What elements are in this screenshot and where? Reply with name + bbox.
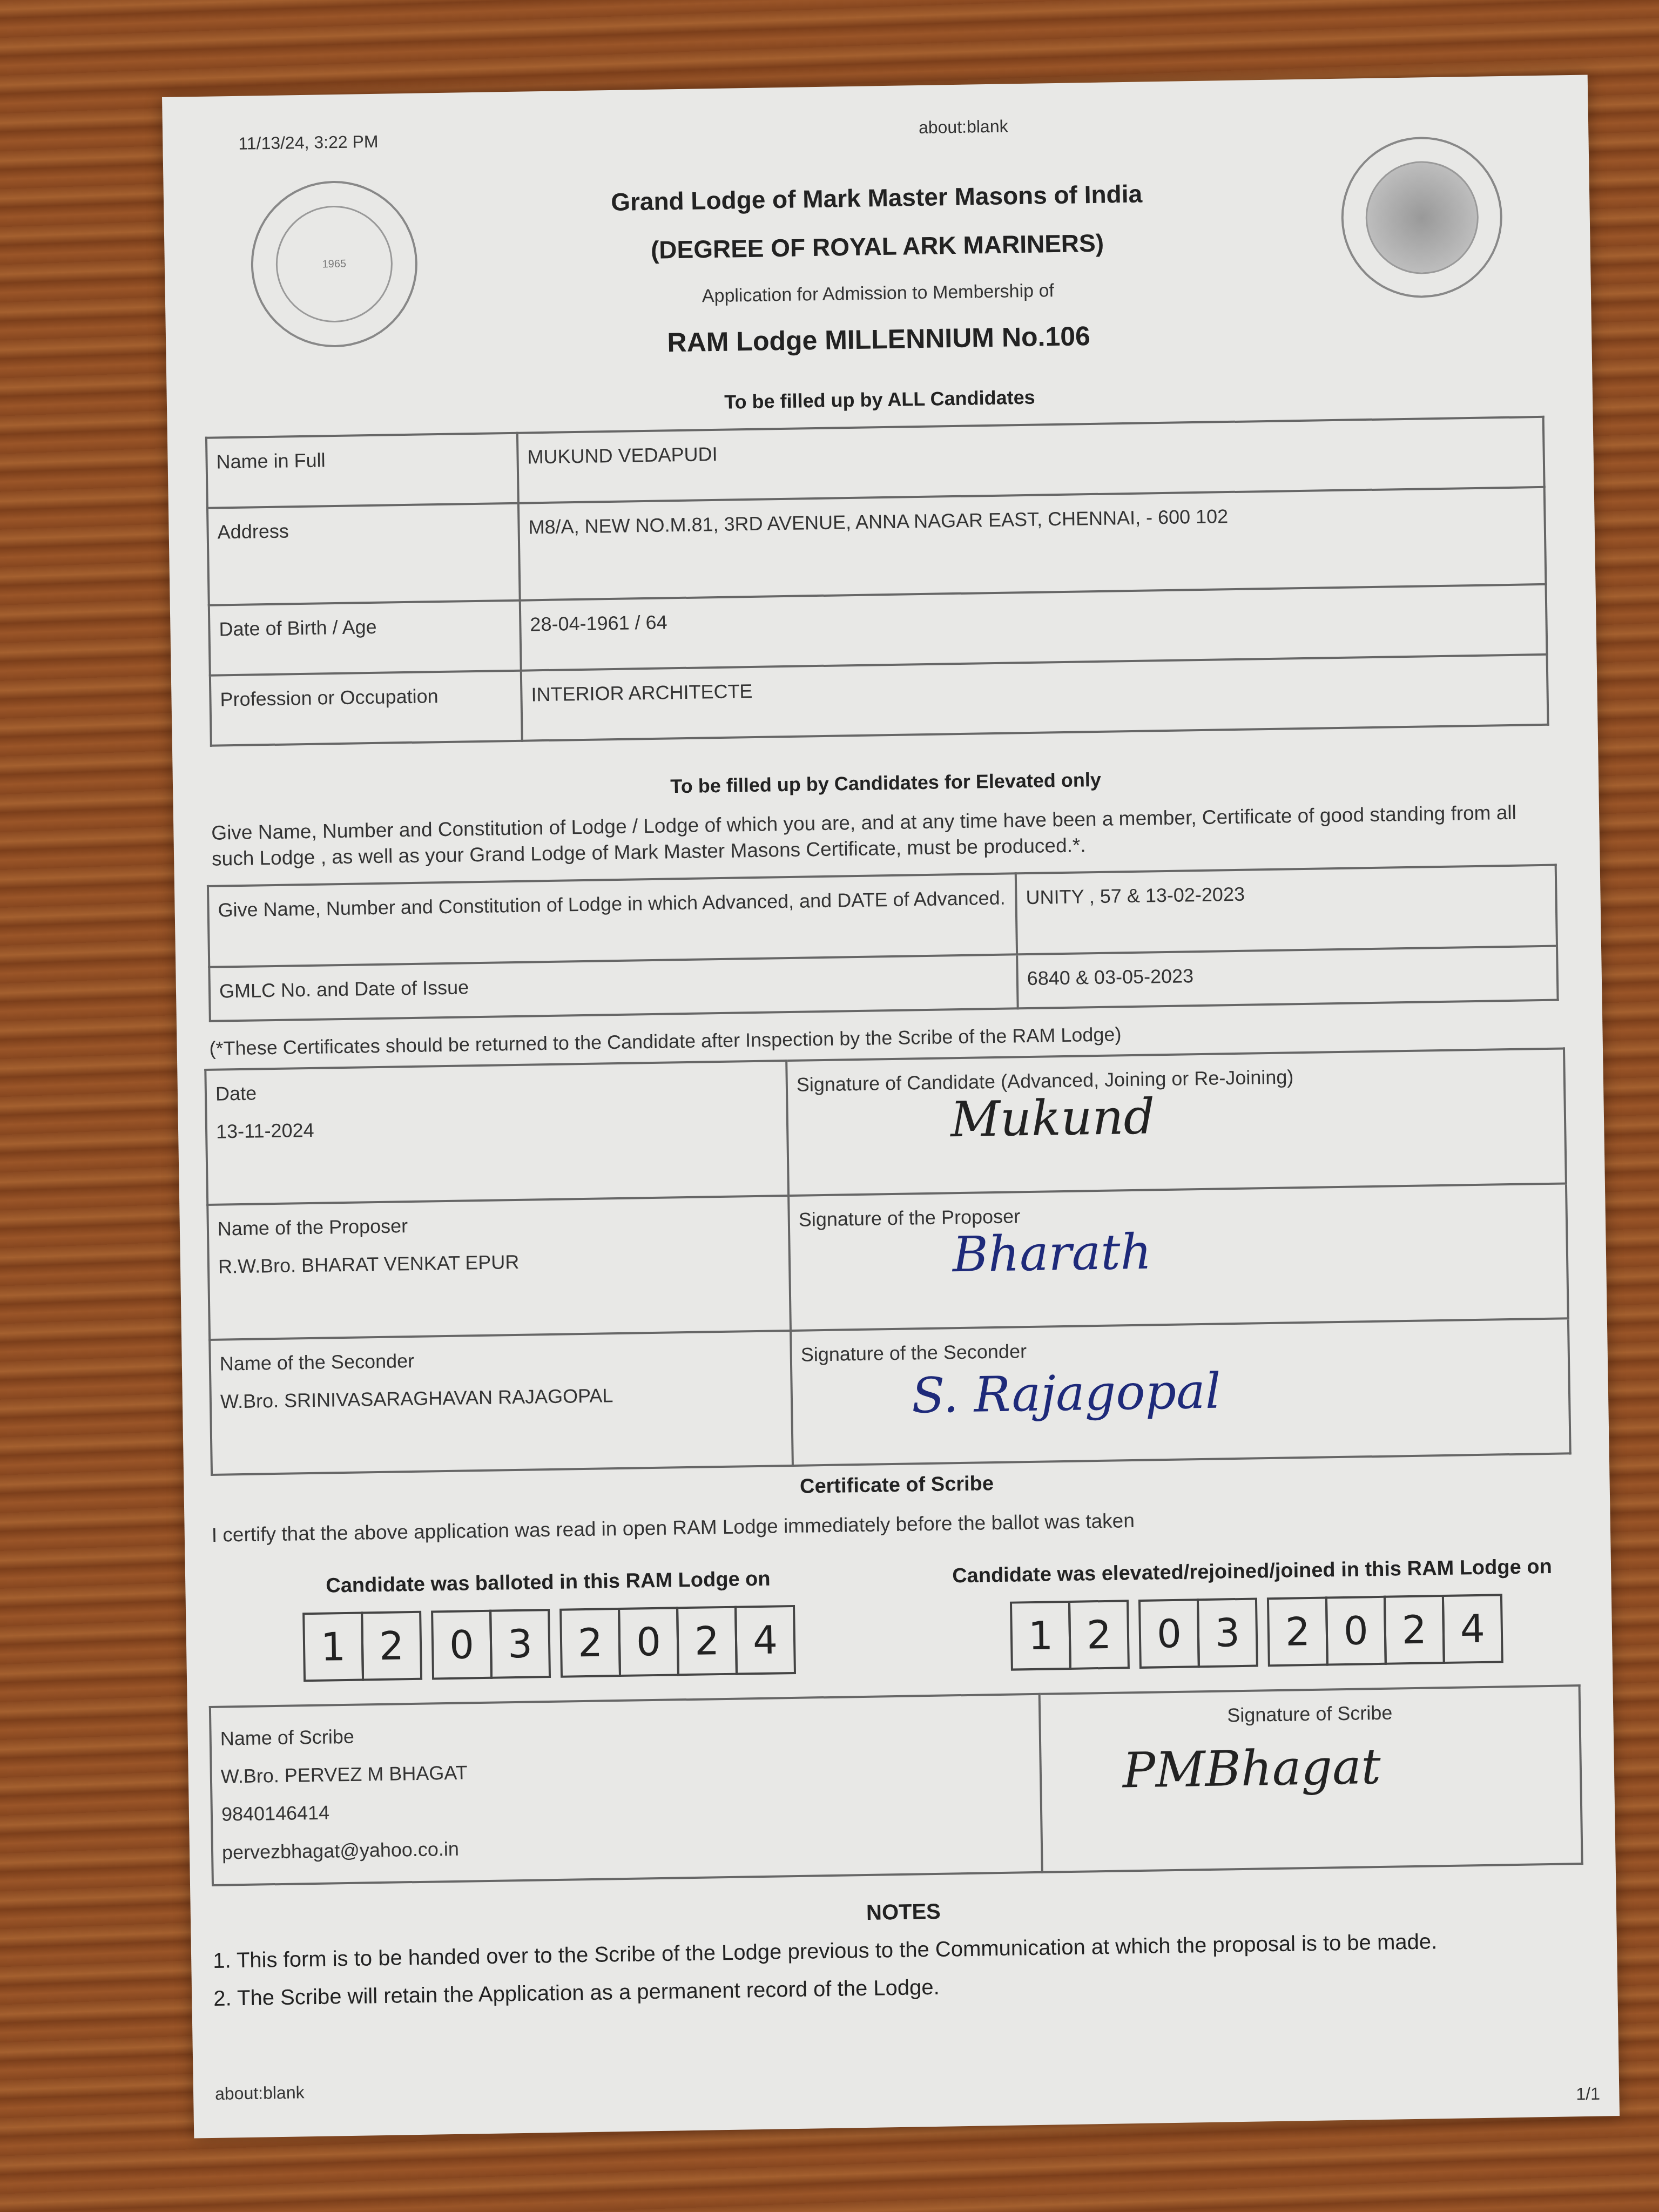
date-digit-box: 3 <box>489 1609 551 1679</box>
section-all-candidates-title: To be filled up by ALL Candidates <box>167 377 1593 422</box>
date-digit-group: 03 <box>1141 1597 1258 1668</box>
section-elevated-title: To be filled up by Candidates for Elevat… <box>173 760 1599 805</box>
proposer-name: R.W.Bro. BHARAT VENKAT EPUR <box>218 1246 780 1278</box>
candidate-signature-label: Signature of Candidate (Advanced, Joinin… <box>797 1062 1555 1096</box>
candidate-signature: Mukund <box>950 1088 1155 1148</box>
date-digit-box: 2 <box>676 1606 738 1676</box>
field-label: Name in Full <box>206 433 518 508</box>
date-label: Date <box>215 1074 778 1105</box>
date-digit-box: 2 <box>1267 1596 1328 1667</box>
date-digit-group: 12 <box>1012 1600 1130 1670</box>
date-digit-group: 12 <box>305 1611 422 1682</box>
date-digit-box: 3 <box>1197 1597 1258 1668</box>
date-digit-box: 2 <box>1068 1600 1130 1670</box>
note-item: 2. The Scribe will retain the Applicatio… <box>213 1975 940 2011</box>
print-timestamp: 11/13/24, 3:22 PM <box>238 132 379 154</box>
date-digit-box: 1 <box>1010 1601 1071 1671</box>
address-field: M8/A, NEW NO.M.81, 3RD AVENUE, ANNA NAGA… <box>518 487 1546 601</box>
scribe-certify-text: I certify that the above application was… <box>211 1508 1135 1548</box>
elevated-date-boxes: 12032024 <box>1012 1594 1503 1670</box>
date-value: 13-11-2024 <box>216 1111 778 1143</box>
gmlc-field: 6840 & 03-05-2023 <box>1017 946 1557 1009</box>
date-digit-box: 0 <box>431 1610 493 1680</box>
table-row: Name of the ProposerR.W.Bro. BHARAT VENK… <box>207 1183 1568 1339</box>
balloted-date-boxes: 12032024 <box>305 1605 796 1682</box>
elevated-label: Candidate was elevated/rejoined/joined i… <box>952 1555 1552 1588</box>
date-digit-box: 0 <box>1138 1599 1200 1669</box>
elevated-details-table: Give Name, Number and Constitution of Lo… <box>207 864 1559 1022</box>
field-label: Address <box>207 503 520 605</box>
seconder-signature-label: Signature of the Seconder <box>800 1332 1559 1366</box>
proposer-label: Name of the Proposer <box>218 1209 780 1240</box>
print-url-header: about:blank <box>919 116 1008 138</box>
notes-title: NOTES <box>191 1889 1616 1935</box>
table-row: Name of Scribe W.Bro. PERVEZ M BHAGAT 98… <box>210 1685 1582 1885</box>
advanced-lodge-field: UNITY , 57 & 13-02-2023 <box>1016 865 1557 955</box>
scribe-signature: PMBhagat <box>1122 1738 1381 1799</box>
candidate-details-table: Name in FullMUKUND VEDAPUDI AddressM8/A,… <box>205 416 1549 747</box>
date-digit-box: 4 <box>734 1605 796 1675</box>
date-digit-box: 2 <box>1384 1595 1445 1665</box>
signatures-table: Date13-11-2024 Signature of Candidate (A… <box>204 1047 1572 1475</box>
seconder-name: W.Bro. SRINIVASARAGHAVAN RAJAGOPAL <box>220 1381 783 1413</box>
table-row: Date13-11-2024 Signature of Candidate (A… <box>205 1048 1566 1204</box>
seconder-label: Name of the Seconder <box>220 1344 782 1375</box>
application-form-page: 11/13/24, 3:22 PM about:blank 1965 Grand… <box>162 75 1620 2139</box>
proposer-signature: Bharath <box>952 1223 1152 1283</box>
date-digit-box: 0 <box>618 1607 679 1677</box>
date-digit-group: 2024 <box>562 1605 796 1678</box>
print-url-footer: about:blank <box>215 2082 305 2104</box>
date-digit-box: 4 <box>1442 1594 1503 1664</box>
note-item: 1. This form is to be handed over to the… <box>213 1930 1438 1973</box>
elevated-instruction: Give Name, Number and Constitution of Lo… <box>211 799 1551 872</box>
date-digit-box: 2 <box>559 1608 621 1678</box>
date-digit-box: 2 <box>361 1611 422 1681</box>
page-number: 1/1 <box>1576 2084 1600 2105</box>
balloted-label: Candidate was balloted in this RAM Lodge… <box>326 1568 771 1598</box>
seconder-signature: S. Rajagopal <box>911 1363 1221 1425</box>
date-digit-group: 2024 <box>1269 1594 1503 1667</box>
proposer-signature-label: Signature of the Proposer <box>798 1197 1556 1231</box>
certificate-footnote: (*These Certificates should be returned … <box>209 1022 1121 1061</box>
date-digit-box: 1 <box>302 1612 364 1682</box>
field-label: Profession or Occupation <box>210 671 522 746</box>
scribe-table: Name of Scribe W.Bro. PERVEZ M BHAGAT 98… <box>209 1684 1583 1886</box>
date-digit-box: 0 <box>1325 1596 1387 1666</box>
scribe-signature-label: Signature of Scribe <box>1049 1698 1570 1729</box>
field-label: Give Name, Number and Constitution of Lo… <box>208 873 1017 967</box>
field-label: Date of Birth / Age <box>209 601 521 676</box>
table-row: Name of the SeconderW.Bro. SRINIVASARAGH… <box>210 1318 1570 1474</box>
date-digit-group: 03 <box>433 1609 551 1680</box>
